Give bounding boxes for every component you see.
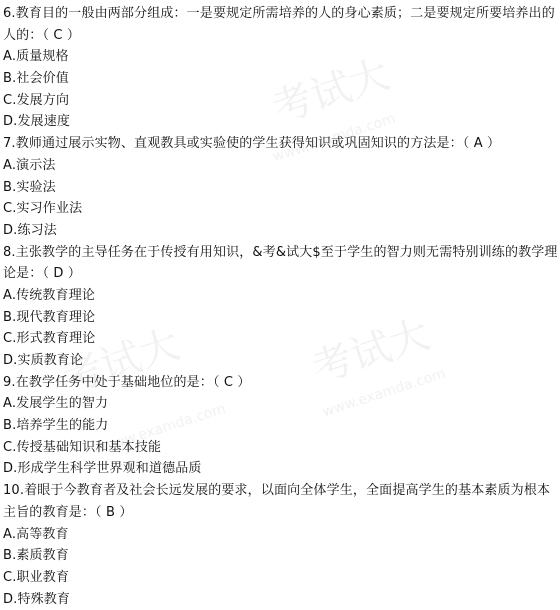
option-c: C.传授基础知识和基本技能	[3, 437, 559, 459]
option-d: D.发展速度	[3, 111, 559, 133]
option-b: B.素质教育	[3, 545, 559, 567]
question-stem: 论是：（ D ）	[3, 263, 559, 285]
question-10: 10.着眼于今教育者及社会长远发展的要求，以面向全体学生，全面提高学生的基本素质…	[3, 480, 559, 610]
question-9: 9.在教学任务中处于基础地位的是：（ C ） A.发展学生的智力 B.培养学生的…	[3, 372, 559, 480]
option-a: A.演示法	[3, 155, 559, 177]
question-stem: 8.主张教学的主导任务在于传授有用知识，&考&试大$至于学生的智力则无需特别训练…	[3, 242, 559, 264]
option-a: A.质量规格	[3, 46, 559, 68]
option-b: B.社会价值	[3, 68, 559, 90]
question-stem: 10.着眼于今教育者及社会长远发展的要求，以面向全体学生，全面提高学生的基本素质…	[3, 480, 559, 502]
option-c: C.形式教育理论	[3, 328, 559, 350]
option-d: D.形成学生科学世界观和道德品质	[3, 458, 559, 480]
question-stem: 6.教育目的一般由两部分组成：一是要规定所需培养的人的身心素质；二是要规定所要培…	[3, 3, 559, 25]
question-stem: 7.教师通过展示实物、直观教具或实验使的学生获得知识或巩固知识的方法是：（ A …	[3, 133, 559, 155]
question-document: 6.教育目的一般由两部分组成：一是要规定所需培养的人的身心素质；二是要规定所要培…	[3, 3, 559, 610]
option-a: A.发展学生的智力	[3, 393, 559, 415]
question-6: 6.教育目的一般由两部分组成：一是要规定所需培养的人的身心素质；二是要规定所要培…	[3, 3, 559, 133]
question-stem: 9.在教学任务中处于基础地位的是：（ C ）	[3, 372, 559, 394]
option-c: C.实习作业法	[3, 198, 559, 220]
option-c: C.发展方向	[3, 90, 559, 112]
option-d: D.实质教育论	[3, 350, 559, 372]
option-c: C.职业教育	[3, 567, 559, 589]
option-b: B.现代教育理论	[3, 307, 559, 329]
option-b: B.实验法	[3, 177, 559, 199]
question-8: 8.主张教学的主导任务在于传授有用知识，&考&试大$至于学生的智力则无需特别训练…	[3, 242, 559, 372]
option-d: D.特殊教育	[3, 589, 559, 610]
question-7: 7.教师通过展示实物、直观教具或实验使的学生获得知识或巩固知识的方法是：（ A …	[3, 133, 559, 241]
option-a: A.高等教育	[3, 524, 559, 546]
option-d: D.练习法	[3, 220, 559, 242]
question-stem: 主旨的教育是：（ B ）	[3, 502, 559, 524]
question-stem: 人的：（ C ）	[3, 25, 559, 47]
option-b: B.培养学生的能力	[3, 415, 559, 437]
option-a: A.传统教育理论	[3, 285, 559, 307]
